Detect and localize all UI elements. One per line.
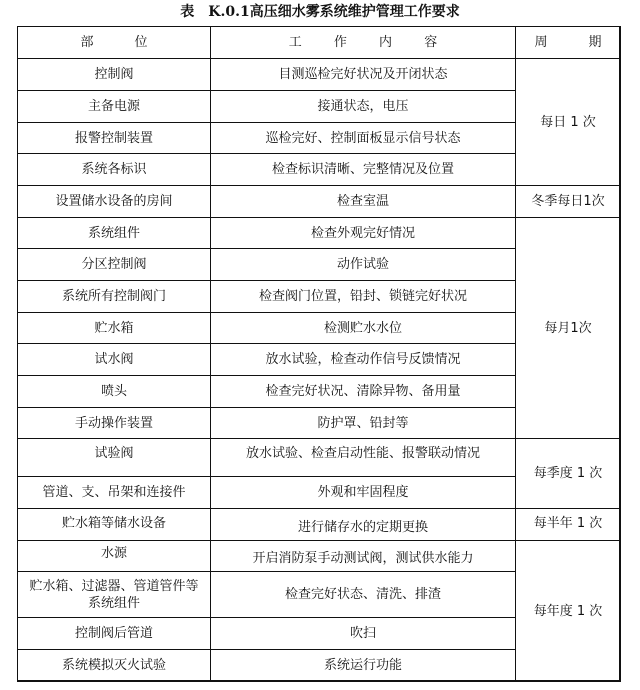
- cell-text: 试水阀: [94, 351, 133, 368]
- row-content: 吹扫: [210, 617, 515, 649]
- cell-text: 部 位: [66, 34, 161, 51]
- cell-text: 每月1次: [544, 320, 591, 337]
- cell-text: 检查完好状态、清洗、排渣: [285, 586, 441, 603]
- header-period: 周 期: [515, 26, 620, 58]
- cell-text: 进行储存水的定期更换: [298, 519, 428, 536]
- cell-text: 主备电源: [88, 98, 140, 115]
- table-border-bottom: [17, 680, 621, 682]
- row-part: 喷头: [17, 375, 210, 407]
- row-part: 系统组件: [17, 217, 210, 248]
- row-part: 水源: [17, 540, 210, 571]
- row-content: 系统运行功能: [210, 649, 515, 681]
- cell-text: 巡检完好、控制面板显示信号状态: [265, 130, 460, 147]
- row-part: 系统模拟灭火试验: [17, 649, 210, 681]
- row-content: 检测贮水水位: [210, 312, 515, 343]
- row-content: 巡检完好、控制面板显示信号状态: [210, 122, 515, 153]
- row-part: 控制阀后管道: [17, 617, 210, 649]
- row-content: 防护罩、铅封等: [210, 407, 515, 438]
- cell-text: 贮水箱: [94, 320, 133, 337]
- row-content: 检查完好状态、清洗、排渣: [210, 571, 515, 617]
- cell-text: 报警控制装置: [75, 130, 153, 147]
- cell-text: 试验阀: [94, 445, 133, 462]
- cell-text: 系统运行功能: [324, 657, 402, 674]
- row-content: 接通状态，电压: [210, 90, 515, 122]
- cell-text: 每季度 1 次: [534, 465, 603, 482]
- row-part: 试验阀: [17, 438, 210, 476]
- table-title: 表 K.0.1高压细水雾系统维护管理工作要求: [0, 2, 640, 22]
- table-border-right: [619, 26, 621, 681]
- cell-text: 系统组件: [88, 225, 140, 242]
- period-quarterly: 每季度 1 次: [515, 438, 620, 508]
- cell-text: 检查外观完好情况: [311, 225, 415, 242]
- cell-text: 工 作 内 容: [275, 34, 451, 51]
- row-content: 检查完好状况、清除异物、备用量: [210, 375, 515, 407]
- row-part: 报警控制装置: [17, 122, 210, 153]
- header-content: 工 作 内 容: [210, 26, 515, 58]
- row-part: 设置储水设备的房间: [17, 185, 210, 217]
- cell-text: 水源: [101, 545, 127, 562]
- cell-text: 检查标识清晰、完整情况及位置: [272, 161, 454, 178]
- cell-text: 周 期: [520, 34, 615, 51]
- row-part: 分区控制阀: [17, 248, 210, 280]
- period-half-yearly: 每半年 1 次: [515, 508, 620, 540]
- row-content: 检查阀门位置，铅封、锁链完好状况: [210, 280, 515, 312]
- cell-text: 放水试验、检查启动性能、报警联动情况: [246, 445, 480, 462]
- cell-text: 喷头: [101, 383, 127, 400]
- period-monthly: 每月1次: [515, 217, 620, 438]
- row-part: 试水阀: [17, 343, 210, 375]
- period-daily: 每日 1 次: [515, 58, 620, 185]
- row-content: 目测巡检完好状况及开闭状态: [210, 58, 515, 90]
- cell-text: 开启消防泵手动测试阀，测试供水能力: [252, 550, 473, 567]
- cell-text: 检查完好状况、清除异物、备用量: [265, 383, 460, 400]
- row-part: 手动操作装置: [17, 407, 210, 438]
- cell-text: 防护罩、铅封等: [317, 415, 408, 432]
- row-content: 放水试验，检查动作信号反馈情况: [210, 343, 515, 375]
- cell-text: 外观和牢固程度: [317, 484, 408, 501]
- row-content: 检查标识清晰、完整情况及位置: [210, 153, 515, 185]
- row-content: 开启消防泵手动测试阀，测试供水能力: [210, 540, 515, 571]
- cell-text: 目测巡检完好状况及开闭状态: [278, 66, 447, 83]
- row-part: 控制阀: [17, 58, 210, 90]
- cell-text: 接通状态，电压: [317, 98, 408, 115]
- row-content: 动作试验: [210, 248, 515, 280]
- cell-text: 检查阀门位置，铅封、锁链完好状况: [259, 288, 467, 305]
- row-content: 放水试验、检查启动性能、报警联动情况: [210, 438, 515, 476]
- row-content: 外观和牢固程度: [210, 476, 515, 508]
- cell-text: 贮水箱等储水设备: [62, 515, 166, 532]
- cell-text: 每日 1 次: [540, 114, 596, 131]
- cell-text: 分区控制阀: [81, 256, 146, 273]
- cell-text: 系统各标识: [81, 161, 146, 178]
- cell-text: 每年度 1 次: [534, 603, 603, 620]
- cell-text: 放水试验，检查动作信号反馈情况: [265, 351, 460, 368]
- row-part: 贮水箱等储水设备: [17, 508, 210, 540]
- cell-text: 冬季每日1次: [531, 193, 604, 210]
- cell-text: 控制阀后管道: [75, 625, 153, 642]
- cell-text: 管道、支、吊架和连接件: [42, 484, 185, 501]
- period-yearly: 每年度 1 次: [515, 540, 620, 681]
- cell-text: 系统所有控制阀门: [62, 288, 166, 305]
- cell-text: 每半年 1 次: [534, 515, 603, 532]
- row-content: 检查室温: [210, 185, 515, 217]
- row-part: 系统所有控制阀门: [17, 280, 210, 312]
- cell-text: 贮水箱、过滤器、管道管件等系统组件: [29, 578, 199, 612]
- row-part: 系统各标识: [17, 153, 210, 185]
- row-content: 检查外观完好情况: [210, 217, 515, 248]
- cell-text: 吹扫: [350, 625, 376, 642]
- row-part: 主备电源: [17, 90, 210, 122]
- cell-text: 检查室温: [337, 193, 389, 210]
- cell-text: 系统模拟灭火试验: [62, 657, 166, 674]
- cell-text: 控制阀: [94, 66, 133, 83]
- maintenance-table: 部 位 工 作 内 容 周 期 控制阀 目测巡检完好状况及开闭状态 主备电源 接…: [17, 26, 620, 681]
- row-content: 进行储存水的定期更换: [210, 508, 515, 540]
- cell-text: 设置储水设备的房间: [55, 193, 172, 210]
- cell-text: 动作试验: [337, 256, 389, 273]
- cell-text: 手动操作装置: [75, 415, 153, 432]
- row-part: 贮水箱: [17, 312, 210, 343]
- header-part: 部 位: [17, 26, 210, 58]
- row-part: 贮水箱、过滤器、管道管件等系统组件: [17, 571, 210, 617]
- cell-text: 检测贮水水位: [324, 320, 402, 337]
- period-winter-daily: 冬季每日1次: [515, 185, 620, 217]
- row-part: 管道、支、吊架和连接件: [17, 476, 210, 508]
